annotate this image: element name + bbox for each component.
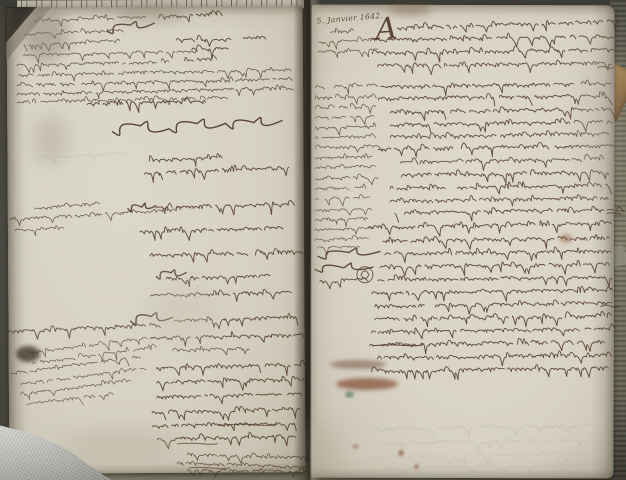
- ink-stroke: [144, 163, 289, 183]
- ink-stroke: [163, 67, 291, 81]
- ink-stroke: [315, 235, 369, 242]
- ink-stroke: [395, 206, 623, 223]
- ink-stroke: [315, 143, 382, 154]
- ink-stroke: [158, 10, 222, 24]
- ink-stroke: [10, 207, 181, 227]
- ink-stroke: [315, 208, 372, 217]
- ink-stroke: [378, 91, 612, 108]
- ink-stroke: [35, 201, 100, 211]
- ink-stroke: [157, 360, 311, 379]
- ink-stroke: [149, 153, 222, 168]
- ink-stroke: [385, 246, 611, 263]
- ink-stroke: [375, 311, 612, 329]
- ink-stroke: [378, 141, 614, 159]
- ink-stroke: [192, 44, 229, 59]
- left-page: [7, 6, 306, 474]
- ink-stroke: [128, 203, 156, 212]
- left-page-handwriting: [7, 6, 306, 474]
- ink-stroke: [370, 32, 614, 50]
- ink-stroke: [157, 392, 302, 405]
- ink-stroke: [87, 98, 206, 114]
- ink-stroke: [315, 184, 366, 191]
- ink-stroke: [17, 58, 169, 73]
- ink-stroke: [150, 330, 303, 347]
- ink-stroke: [368, 220, 611, 238]
- ink-stroke: [372, 363, 609, 381]
- ink-stroke: [318, 36, 379, 50]
- ink-stroke: [597, 66, 613, 68]
- ink-stroke: [140, 224, 287, 242]
- right-page-handwriting: [310, 5, 614, 479]
- ink-stroke: [157, 376, 306, 393]
- ink-stroke: [372, 286, 613, 304]
- ink-stroke: [17, 85, 293, 101]
- ink-stroke: [173, 345, 250, 356]
- ink-stroke: [372, 422, 594, 438]
- ink-stroke: [8, 321, 160, 340]
- ink-stroke: [152, 421, 296, 434]
- ink-stroke: [315, 173, 378, 186]
- ink-stroke: [177, 443, 217, 444]
- right-page: 5. Janvier 1642. A: [310, 5, 614, 479]
- ink-stroke: [315, 216, 368, 228]
- ink-stroke: [20, 376, 135, 401]
- ink-stroke: [384, 462, 579, 475]
- ink-stroke: [152, 405, 300, 422]
- ink-stroke: [315, 115, 374, 127]
- ink-stroke: [390, 130, 608, 140]
- ink-stroke: [24, 39, 121, 52]
- ink-stroke: [380, 436, 585, 452]
- ink-stroke: [27, 392, 115, 412]
- ink-stroke: [320, 278, 368, 290]
- ink-stroke: [130, 312, 172, 324]
- ink-stroke: [157, 431, 296, 449]
- ink-stroke: [315, 93, 376, 105]
- ink-stroke: [372, 45, 614, 64]
- ink-stroke: [390, 105, 615, 122]
- ink-stroke: [315, 83, 378, 95]
- ink-stroke: [390, 193, 608, 207]
- ink-stroke: [24, 27, 124, 39]
- manuscript-photo: 5. Janvier 1642. A: [0, 0, 626, 480]
- ink-stroke: [375, 299, 612, 316]
- ink-stroke: [315, 163, 376, 169]
- ink-stroke: [401, 167, 612, 184]
- ink-stroke: [150, 288, 291, 303]
- ink-stroke: [150, 247, 302, 263]
- ink-stroke: [315, 123, 376, 136]
- ink-stroke: [24, 49, 198, 63]
- ink-stroke: [370, 337, 605, 355]
- ink-stroke: [37, 150, 130, 164]
- ink-stroke: [176, 34, 266, 47]
- ink-stroke: [377, 59, 611, 75]
- ink-stroke: [17, 75, 292, 93]
- ink-stroke: [189, 467, 229, 469]
- ink-stroke: [112, 116, 282, 136]
- ink-stroke: [315, 103, 376, 116]
- ink-stroke: [400, 154, 604, 172]
- ink-stroke: [318, 247, 380, 259]
- ink-stroke: [381, 80, 611, 97]
- ink-stroke: [166, 274, 270, 287]
- ink-stroke: [315, 227, 373, 236]
- ink-stroke: [318, 47, 378, 59]
- ink-stroke: [174, 313, 301, 330]
- ink-stroke: [378, 350, 612, 368]
- ink-stroke: [106, 20, 155, 34]
- ink-stroke: [380, 260, 610, 277]
- ink-stroke: [383, 234, 610, 251]
- ink-stroke: [372, 324, 615, 339]
- ink-stroke: [315, 153, 372, 160]
- ink-stroke: [315, 194, 370, 207]
- ink-stroke: [15, 225, 64, 237]
- ink-stroke: [330, 27, 353, 33]
- ink-stroke: [315, 134, 376, 141]
- ink-stroke: [378, 272, 612, 291]
